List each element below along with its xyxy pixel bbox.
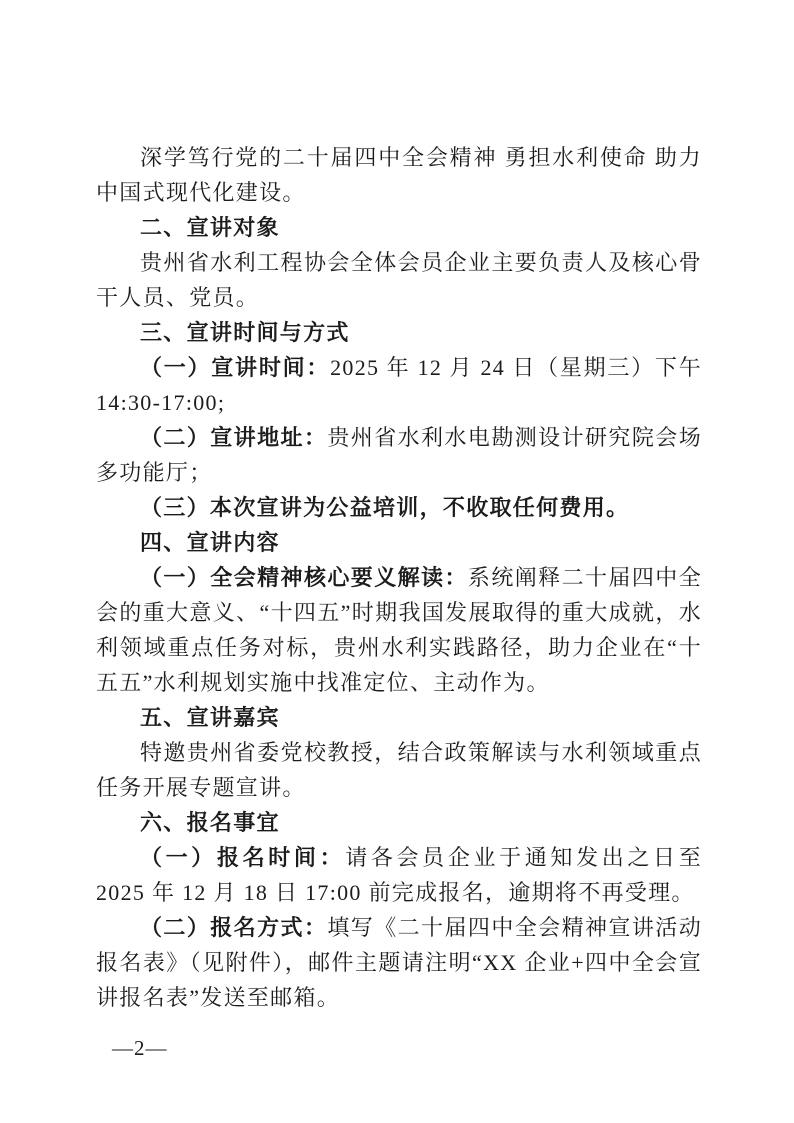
paragraph-registration-time: （一）报名时间：请各会员企业于通知发出之日至 2025 年 12 月 18 日 … (96, 840, 702, 910)
page-number: —2— (112, 1036, 168, 1060)
paragraph-audience: 贵州省水利工程协会全体会员企业主要负责人及核心骨干人员、党员。 (96, 245, 702, 315)
paragraph-label: （一）全会精神核心要义解读： (140, 565, 468, 590)
paragraph-label: （一）报名时间： (140, 845, 345, 870)
paragraph-intro: 深学笃行党的二十届四中全会精神 勇担水利使命 助力中国式现代化建设。 (96, 140, 702, 210)
paragraph-free-training: （三）本次宣讲为公益培训，不收取任何费用。 (96, 490, 702, 525)
section-heading-audience: 二、宣讲对象 (96, 210, 702, 245)
section-heading-content: 四、宣讲内容 (96, 525, 702, 560)
paragraph-label: （一）宣讲时间： (140, 355, 330, 380)
paragraph-guests: 特邀贵州省委党校教授，结合政策解读与水利领域重点任务开展专题宣讲。 (96, 735, 702, 805)
paragraph-label: （二）报名方式： (140, 915, 327, 940)
document-page: 深学笃行党的二十届四中全会精神 勇担水利使命 助力中国式现代化建设。 二、宣讲对… (0, 0, 794, 1123)
section-heading-guests: 五、宣讲嘉宾 (96, 700, 702, 735)
paragraph-text: 贵州省水利工程协会全体会员企业主要负责人及核心骨干人员、党员。 (96, 250, 702, 310)
section-heading-time-method: 三、宣讲时间与方式 (96, 315, 702, 350)
paragraph-text: （三）本次宣讲为公益培训，不收取任何费用。 (140, 495, 629, 520)
heading-text: 四、宣讲内容 (140, 530, 280, 555)
paragraph-text: 深学笃行党的二十届四中全会精神 勇担水利使命 助力中国式现代化建设。 (96, 145, 702, 205)
paragraph-lecture-address: （二）宣讲地址：贵州省水利水电勘测设计研究院会场多功能厅； (96, 420, 702, 490)
paragraph-text: 特邀贵州省委党校教授，结合政策解读与水利领域重点任务开展专题宣讲。 (96, 740, 702, 800)
paragraph-label: （二）宣讲地址： (140, 425, 327, 450)
heading-text: 六、报名事宜 (140, 810, 280, 835)
paragraph-registration-method: （二）报名方式：填写《二十届四中全会精神宣讲活动报名表》（见附件），邮件主题请注… (96, 910, 702, 1015)
paragraph-lecture-time: （一）宣讲时间：2025 年 12 月 24 日（星期三）下午 14:30-17… (96, 350, 702, 420)
section-heading-registration: 六、报名事宜 (96, 805, 702, 840)
heading-text: 五、宣讲嘉宾 (140, 705, 280, 730)
heading-text: 二、宣讲对象 (140, 215, 280, 240)
paragraph-content-interpretation: （一）全会精神核心要义解读：系统阐释二十届四中全会的重大意义、“十四五”时期我国… (96, 560, 702, 700)
heading-text: 三、宣讲时间与方式 (140, 320, 350, 345)
document-body: 深学笃行党的二十届四中全会精神 勇担水利使命 助力中国式现代化建设。 二、宣讲对… (96, 140, 702, 1015)
